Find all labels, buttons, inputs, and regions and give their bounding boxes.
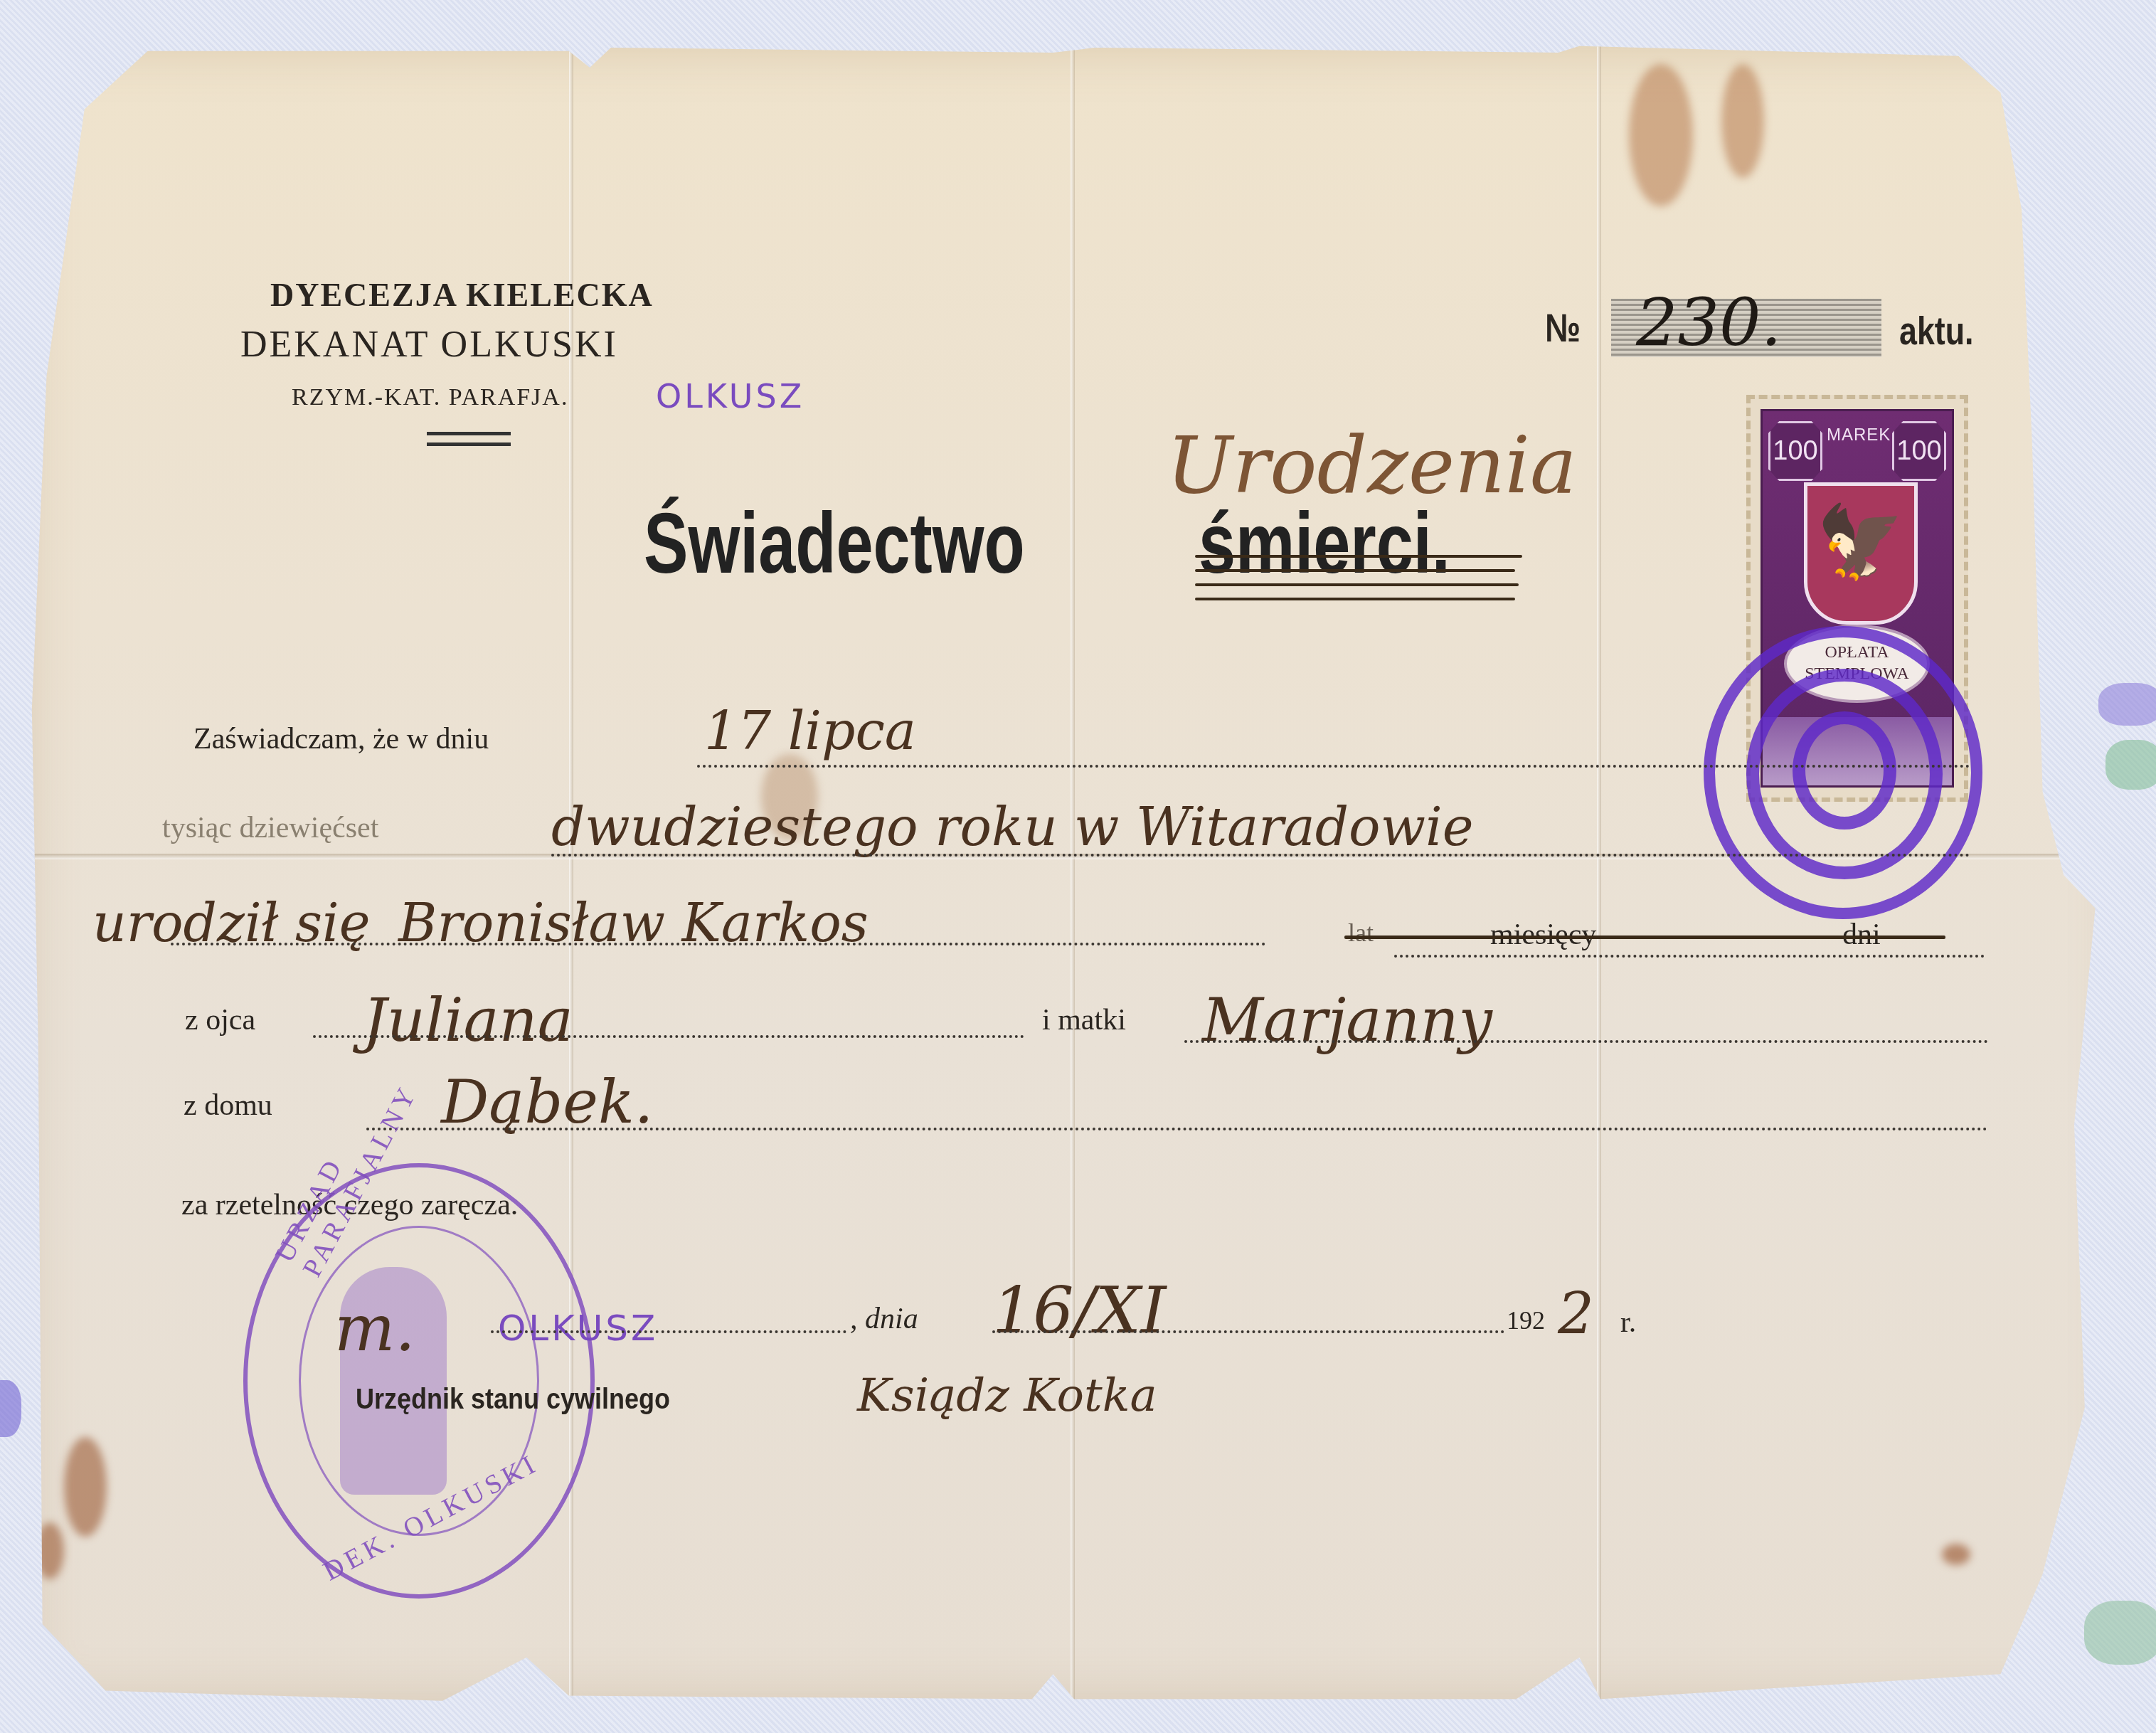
stain (1721, 64, 1764, 178)
fill-line (491, 1330, 846, 1333)
fill-line (697, 765, 1970, 768)
fill-line (992, 1330, 1504, 1333)
cloth-pattern (2105, 740, 2156, 790)
line-2-printed: tysiąc dziewięćset (162, 811, 378, 845)
handwritten-date: 16/XI (992, 1273, 1166, 1348)
line-1-printed: Zaświadczam, że w dniu (193, 722, 489, 756)
strikethrough (1195, 555, 1522, 558)
line-2-handwritten: dwudziestego roku w Witaradowie (551, 797, 1473, 858)
fill-line (366, 1128, 1988, 1130)
header-divider (427, 432, 511, 435)
cancellation-mark (1793, 711, 1896, 830)
father-label: z ojca (185, 1003, 255, 1037)
fold-line (1071, 43, 1075, 1707)
fill-line (1394, 955, 1985, 958)
dnia-label: , dnia (850, 1302, 918, 1336)
fill-line (1184, 1040, 1988, 1043)
cloth-pattern (0, 1380, 21, 1437)
diocese-heading: DYECEZJA KIELECKA (270, 276, 654, 314)
strikethrough (1195, 598, 1515, 600)
parish-stamp-text: OLKUSZ (656, 377, 804, 415)
act-suffix: aktu. (1899, 307, 1974, 354)
stain (1942, 1544, 1970, 1565)
signature-label: Urzędnik stanu cywilnego (356, 1384, 670, 1416)
act-number-value: 230. (1636, 285, 1782, 361)
stamp-value-left: 100 (1768, 421, 1822, 481)
stamp-value-right: 100 (1892, 421, 1946, 481)
stamp-shield: 🦅 (1804, 482, 1918, 625)
struck-field-dni: dni (1842, 918, 1881, 952)
stain (36, 1522, 64, 1579)
year-printed: 192 (1507, 1305, 1545, 1335)
header-divider (427, 442, 511, 446)
fill-line (551, 854, 1970, 857)
stain (1629, 64, 1693, 206)
number-sign: № (1545, 304, 1581, 351)
struck-field-lat: lat (1348, 918, 1374, 948)
strikethrough (1195, 569, 1515, 572)
parish-label: RZYM.-KAT. PARAFJA. (292, 384, 568, 411)
struck-field-miesiecy: miesięcy (1490, 918, 1596, 952)
mother-maiden-name: Dąbek. (441, 1067, 654, 1137)
place-stamp: OLKUSZ (498, 1308, 658, 1349)
certificate-title: Świadectwo (644, 494, 1025, 593)
mother-label: i matki (1042, 1003, 1126, 1037)
fold-line (1597, 43, 1601, 1707)
cloth-pattern (2098, 683, 2156, 726)
line-1-handwritten: 17 lipca (704, 701, 916, 762)
stamp-currency: MAREK (1827, 425, 1891, 445)
signature: Ksiądz Kotka (857, 1369, 1157, 1422)
cloth-pattern (2084, 1601, 2156, 1665)
parish-seal: URZĄD PARAFJALNY DEK. OLKUSKI (243, 1163, 595, 1599)
fill-line (171, 943, 1266, 945)
stain (64, 1437, 107, 1537)
year-suffix: r. (1620, 1305, 1636, 1340)
deanery-heading: DEKANAT OLKUSKI (240, 324, 618, 366)
place-prefix: m. (334, 1291, 415, 1366)
strikethrough (1344, 936, 1945, 939)
year-handwritten: 2 (1558, 1281, 1594, 1347)
mother-name: Marjanny (1202, 985, 1492, 1055)
maiden-name-label: z domu (184, 1088, 272, 1123)
eagle-icon: 🦅 (1807, 507, 1914, 578)
handwritten-title: Urodzenia (1167, 420, 1577, 511)
strikethrough (1195, 583, 1519, 586)
